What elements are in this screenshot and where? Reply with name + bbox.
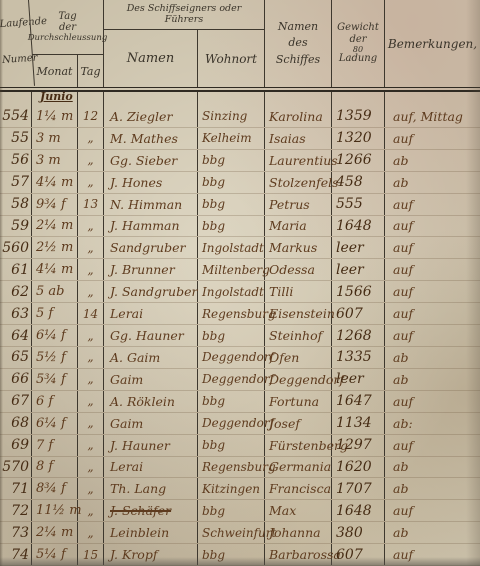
entry-day: „ [78,216,104,237]
header-schiffseigner-subcolumns: Namen Wohnort [104,30,264,87]
column-header-gewicht-ladung: Gewicht der 80 Ladung [332,0,385,87]
entry-time: 5 f [32,303,78,324]
ship-name: Francisca [265,478,332,499]
ship-name: Tilli [265,281,332,302]
header-laufende-line2: Numer [2,52,38,65]
header-schiffseigner-title: Des Schiffseigners oder Führers [104,0,264,30]
remark: ab [385,172,480,193]
cargo-weight: 1566 [332,281,385,302]
owner-residence: Schweinfurt [198,522,265,543]
owner-residence: Regensburg [198,457,265,478]
entry-time: 8¾ f [32,478,78,499]
column-header-namen: Namen [104,30,198,87]
entry-time: 9¾ f [32,194,78,215]
ledger-row: 59 2¼ m „ J. Hamman bbg Maria 1648 auf [0,216,480,238]
cargo-weight: 1707 [332,478,385,499]
remark: auf [385,194,480,215]
page-left-edge [0,0,3,566]
owner-name: J. Brunner [104,259,198,280]
ship-name: Steinhof [265,325,332,346]
ship-name: Josef [265,413,332,434]
cargo-weight: 1648 [332,216,385,237]
entry-number: 71 [0,478,32,499]
entry-number: 68 [0,413,32,434]
owner-residence: Ingolstadt [198,237,265,258]
ship-name: Germania [265,457,332,478]
owner-name: J. Sandgruber [104,281,198,302]
owner-name: J. Kropf [104,544,198,565]
entry-number: 63 [0,303,32,324]
header-gewicht-line3: Ladung [339,53,377,66]
entry-time: 5¾ f [32,369,78,390]
ledger-row: 57 4¼ m „ J. Hones bbg Stolzenfels 458 a… [0,172,480,194]
ship-name: Karolina [265,106,332,127]
cargo-weight: 1268 [332,325,385,346]
entry-day: „ [78,457,104,478]
owner-name: Leinblein [104,522,198,543]
owner-name: M. Mathes [104,128,198,149]
entry-number: 62 [0,281,32,302]
entry-time: 4¼ m [32,259,78,280]
ledger-row: 67 6 f „ A. Röklein bbg Fortuna 1647 auf [0,391,480,413]
ledger-row: 554 1¼ m 12 A. Ziegler Sinzing Karolina … [0,106,480,128]
ledger-row: 560 2½ m „ Sandgruber Ingolstadt Markus … [0,237,480,259]
ship-name: Stolzenfels [265,172,332,193]
ship-name: Laurentius [265,150,332,171]
entry-number: 64 [0,325,32,346]
header-durchschleussung-subcolumns: Monat Tag [32,55,103,87]
ledger-row: 72 11½ m „ J. Schäfer bbg Max 1648 auf [0,500,480,522]
cargo-weight: 380 [332,522,385,543]
entry-number: 61 [0,259,32,280]
entry-time: 5½ f [32,347,78,368]
column-header-schiffseigner: Des Schiffseigners oder Führers Namen Wo… [104,0,265,87]
header-tag-line2: der [59,22,76,34]
cargo-weight: 1647 [332,391,385,412]
month-row-spacer [78,92,104,106]
ledger-page: Laufende Numer Tag der Durchschleussung … [0,0,480,566]
remark: auf [385,325,480,346]
entry-day: 14 [78,303,104,324]
cargo-weight: 607 [332,303,385,324]
cargo-weight: leer [332,369,385,390]
entry-number: 570 [0,457,32,478]
owner-residence: Regensburg [198,303,265,324]
remark: auf [385,237,480,258]
ledger-row: 65 5½ f „ A. Gaim Deggendorf Ofen 1335 a… [0,347,480,369]
cargo-weight: leer [332,237,385,258]
entry-day: „ [78,150,104,171]
ship-name: Odessa [265,259,332,280]
cargo-weight: 458 [332,172,385,193]
month-row-spacer [198,92,265,106]
entry-time: 6¼ f [32,325,78,346]
entry-number: 74 [0,544,32,565]
entry-number: 57 [0,172,32,193]
entry-time: 6¼ f [32,413,78,434]
entry-day: 15 [78,544,104,565]
entry-time: 7 f [32,435,78,456]
header-gewicht-line1: Gewicht [337,22,379,35]
month-row: Junio [0,92,480,106]
ship-name: Petrus [265,194,332,215]
remark: auf [385,500,480,521]
entry-day: „ [78,522,104,543]
entry-day: „ [78,325,104,346]
table-header: Laufende Numer Tag der Durchschleussung … [0,0,480,88]
owner-residence: Deggendorf [198,347,265,368]
ledger-row: 64 6¼ f „ Gg. Hauner bbg Steinhof 1268 a… [0,325,480,347]
cargo-weight: 555 [332,194,385,215]
month-label-cell: Junio [32,92,78,106]
cargo-weight: 1134 [332,413,385,434]
owner-name: Gg. Hauner [104,325,198,346]
header-eigner-line2: Führers [165,15,203,25]
header-eigner-line1: Des Schiffseigners oder [127,4,242,14]
owner-name: J. Hamman [104,216,198,237]
entry-time: 5 ab [32,281,78,302]
column-header-bemerkungen: Bemerkungen, [385,0,480,87]
owner-residence: Deggendorf [198,413,265,434]
owner-name: A. Gaim [104,347,198,368]
remark: auf, Mittag [385,106,480,127]
entry-time: 4¼ m [32,172,78,193]
entry-number: 66 [0,369,32,390]
owner-name: Gaim [104,369,198,390]
owner-name: J. Hauner [104,435,198,456]
entry-day: 12 [78,106,104,127]
owner-name: Lerai [104,457,198,478]
remark: ab [385,347,480,368]
entry-day: „ [78,413,104,434]
month-row-spacer [265,92,332,106]
header-durchschleussung-title: Tag der Durchschleussung [32,0,103,55]
entry-day: 13 [78,194,104,215]
remark: auf [385,544,480,565]
cargo-weight: leer [332,259,385,280]
ship-name: Fortuna [265,391,332,412]
column-header-monat: Monat [32,55,78,87]
header-tag-line3: Durchschleussung [28,34,108,44]
owner-residence: bbg [198,150,265,171]
entry-day: „ [78,435,104,456]
cargo-weight: 1335 [332,347,385,368]
ledger-row: 73 2¼ m „ Leinblein Schweinfurt Johanna … [0,522,480,544]
remark: auf [385,259,480,280]
entry-number: 72 [0,500,32,521]
column-header-tag: Tag [78,55,103,87]
owner-residence: bbg [198,325,265,346]
ledger-row: 58 9¾ f 13 N. Himman bbg Petrus 555 auf [0,194,480,216]
column-header-laufende-numer: Laufende Numer [0,0,35,88]
entry-time: 2¼ m [32,522,78,543]
entry-time: 6 f [32,391,78,412]
owner-name: Gg. Sieber [104,150,198,171]
entry-number: 67 [0,391,32,412]
remark: auf [385,391,480,412]
owner-residence: bbg [198,435,265,456]
owner-residence: Sinzing [198,106,265,127]
entry-time: 11½ m [32,500,78,521]
entry-day: „ [78,391,104,412]
ledger-row: 570 8 f „ Lerai Regensburg Germania 1620… [0,457,480,479]
header-tag-line1: Tag [58,11,76,23]
entry-day: „ [78,172,104,193]
ledger-row: 71 8¾ f „ Th. Lang Kitzingen Francisca 1… [0,478,480,500]
owner-name: Th. Lang [104,478,198,499]
owner-residence: Miltenberg [198,259,265,280]
ship-name: Barbarossa [265,544,332,565]
cargo-weight: 1320 [332,128,385,149]
entry-number: 65 [0,347,32,368]
owner-residence: bbg [198,391,265,412]
ledger-row: 68 6¼ f „ Gaim Deggendorf Josef 1134 ab: [0,413,480,435]
entry-number: 56 [0,150,32,171]
entry-number: 560 [0,237,32,258]
ledger-row: 66 5¾ f „ Gaim Deggendorf Deggendorf lee… [0,369,480,391]
entry-time: 3 m [32,150,78,171]
entry-number: 73 [0,522,32,543]
ship-name: Maria [265,216,332,237]
remark: ab [385,150,480,171]
ledger-row: 55 3 m „ M. Mathes Kelheim Isaias 1320 a… [0,128,480,150]
owner-residence: bbg [198,500,265,521]
remark: ab [385,522,480,543]
header-schiff-line2: des [288,35,307,52]
header-schiff-line1: Namen [278,19,318,36]
column-header-tag-der-durchschleussung: Tag der Durchschleussung Monat Tag [32,0,104,87]
ledger-row: 69 7 f „ J. Hauner bbg Fürstenberg 1297 … [0,435,480,457]
owner-residence: bbg [198,544,265,565]
remark: auf [385,216,480,237]
remark: auf [385,303,480,324]
entry-time: 3 m [32,128,78,149]
owner-name: J. Hones [104,172,198,193]
month-row-spacer [332,92,385,106]
entry-number: 59 [0,216,32,237]
ledger-row: 61 4¼ m „ J. Brunner Miltenberg Odessa l… [0,259,480,281]
ledger-row: 56 3 m „ Gg. Sieber bbg Laurentius 1266 … [0,150,480,172]
ledger-row: 62 5 ab „ J. Sandgruber Ingolstadt Tilli… [0,281,480,303]
ship-name: Johanna [265,522,332,543]
remark: auf [385,281,480,302]
remark: auf [385,435,480,456]
ledger-row: 74 5¼ f 15 J. Kropf bbg Barbarossa 607 a… [0,544,480,566]
cargo-weight: 607 [332,544,385,565]
remark: ab [385,369,480,390]
cargo-weight: 1297 [332,435,385,456]
ship-name: Deggendorf [265,369,332,390]
ship-name: Eisenstein [265,303,332,324]
ledger-body: Junio 554 1¼ m 12 A. Ziegler Sinzing Kar… [0,92,480,566]
ship-name: Ofen [265,347,332,368]
cargo-weight: 1620 [332,457,385,478]
owner-name: N. Himman [104,194,198,215]
month-label: Junio [36,90,73,103]
ship-name: Fürstenberg [265,435,332,456]
owner-name: Gaim [104,413,198,434]
month-row-spacer [0,92,32,106]
owner-residence: Kelheim [198,128,265,149]
owner-residence: bbg [198,194,265,215]
entry-day: „ [78,500,104,521]
ledger-row: 63 5 f 14 Lerai Regensburg Eisenstein 60… [0,303,480,325]
owner-name: A. Ziegler [104,106,198,127]
owner-name: Lerai [104,303,198,324]
owner-residence: bbg [198,172,265,193]
owner-residence: Ingolstadt [198,281,265,302]
ship-name: Markus [265,237,332,258]
cargo-weight: 1359 [332,106,385,127]
entry-number: 55 [0,128,32,149]
ship-name: Max [265,500,332,521]
entry-number: 58 [0,194,32,215]
entry-day: „ [78,259,104,280]
ship-name: Isaias [265,128,332,149]
owner-residence: Deggendorf [198,369,265,390]
entry-day: „ [78,237,104,258]
column-header-schiffsname: Namen des Schiffes [265,0,332,87]
cargo-weight: 1648 [332,500,385,521]
entry-day: „ [78,128,104,149]
header-schiff-line3: Schiffes [276,52,320,69]
remark: auf [385,128,480,149]
entry-time: 8 f [32,457,78,478]
entry-time: 1¼ m [32,106,78,127]
owner-name: J. Schäfer [104,500,198,521]
entry-day: „ [78,478,104,499]
remark: ab [385,478,480,499]
entry-time: 2¼ m [32,216,78,237]
entry-day: „ [78,369,104,390]
entry-time: 5¼ f [32,544,78,565]
owner-residence: bbg [198,216,265,237]
entry-day: „ [78,281,104,302]
month-row-spacer [385,92,480,106]
cargo-weight: 1266 [332,150,385,171]
column-header-wohnort: Wohnort [198,30,264,87]
month-row-spacer [104,92,198,106]
entry-number: 554 [0,106,32,127]
remark: ab: [385,413,480,434]
entry-day: „ [78,347,104,368]
owner-name: A. Röklein [104,391,198,412]
entry-number: 69 [0,435,32,456]
owner-name: Sandgruber [104,237,198,258]
entry-time: 2½ m [32,237,78,258]
remark: ab [385,457,480,478]
owner-residence: Kitzingen [198,478,265,499]
